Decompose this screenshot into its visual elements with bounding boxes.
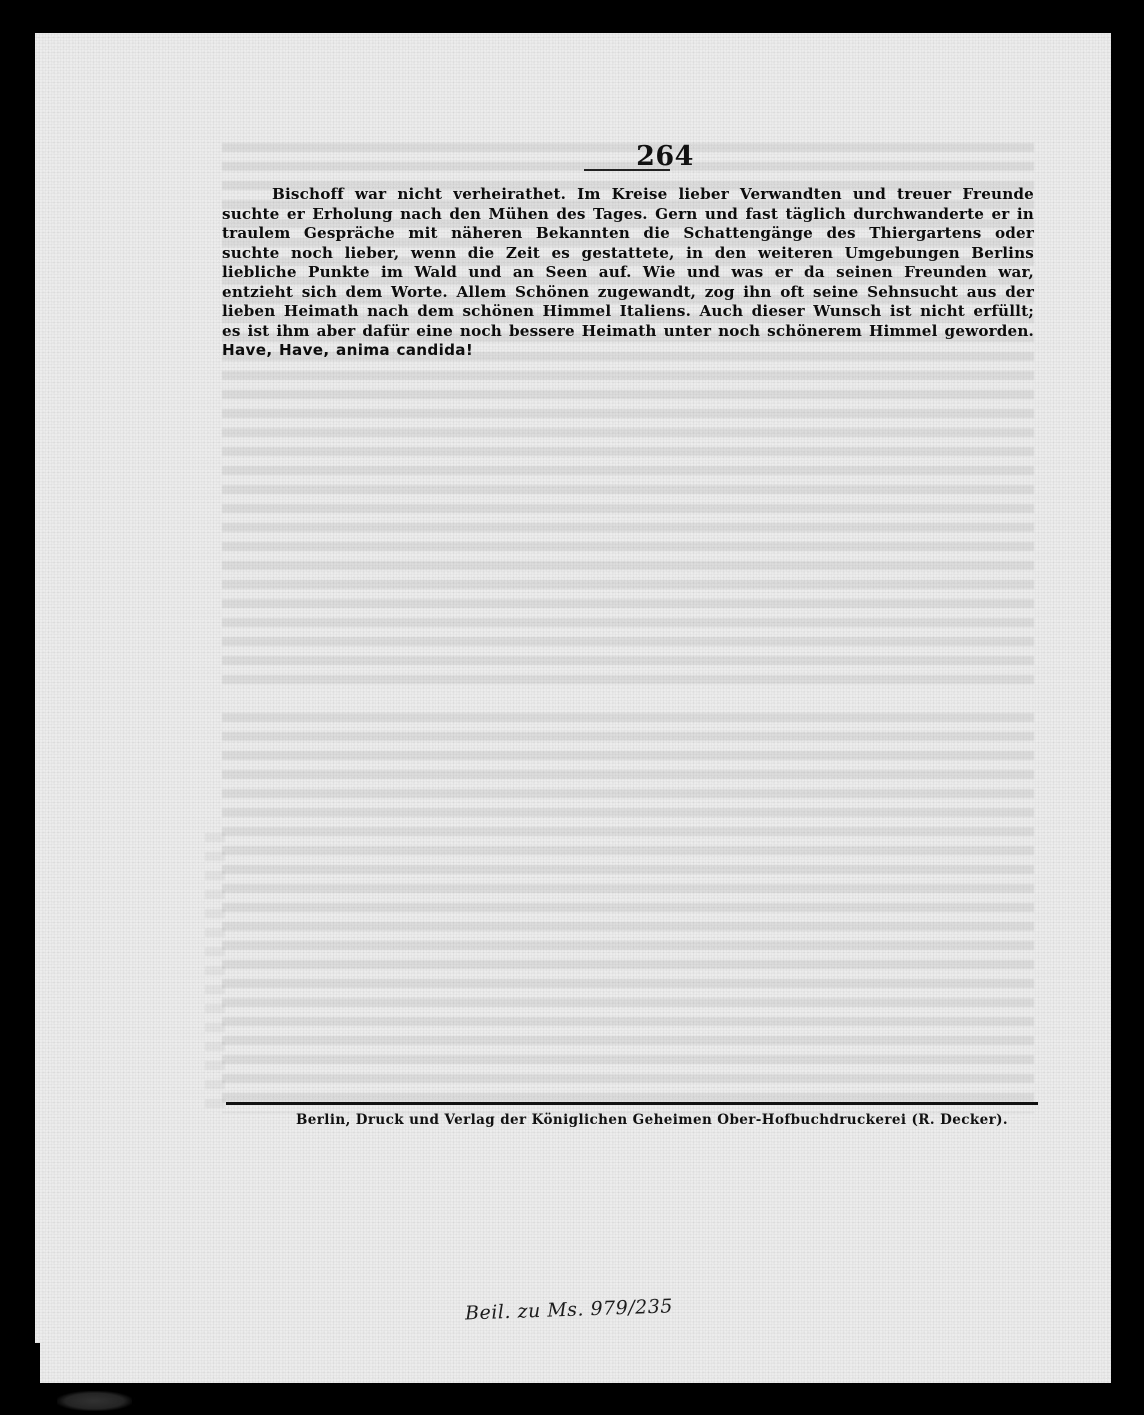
closing-phrase: Have, Have, anima candida! [222, 341, 473, 359]
page-number-rule [584, 169, 670, 171]
footer-rule [226, 1102, 1038, 1105]
bleed-through-text-lower [222, 713, 1034, 1113]
body-paragraph-text: Bischoff war nicht verheirathet. Im Krei… [222, 185, 1034, 340]
archival-annotation: Beil. zu Ms. 979/235 [465, 1293, 726, 1324]
printer-imprint: Berlin, Druck und Verlag der Königlichen… [226, 1112, 1038, 1128]
body-paragraph: Bischoff war nicht verheirathet. Im Krei… [222, 185, 1034, 361]
paper-smudge [57, 1391, 132, 1411]
page-edge-notch [35, 1343, 40, 1383]
document-page: 264 Bischoff war nicht verheirathet. Im … [35, 33, 1111, 1383]
bleed-through-margin [205, 833, 225, 1113]
page-number: 264 [595, 141, 735, 172]
